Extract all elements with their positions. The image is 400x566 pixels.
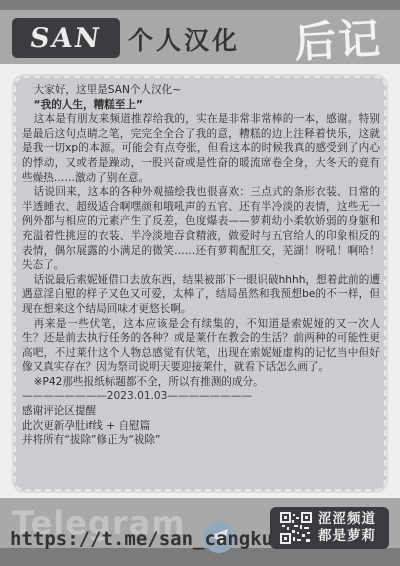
page-title: 后记	[292, 6, 383, 71]
date-divider: ————————2023.01.03————————	[22, 389, 380, 404]
quote-title: “我的人生，糟糕至上”	[22, 98, 380, 113]
qr-caption-line1: 涩涩频道	[318, 511, 376, 528]
paragraph: 再来是一些伏笔，这本应该是会有续集的，不知道是索妮娅的又一次人生？还是前去执行任…	[22, 317, 380, 375]
logo-text: SAN	[28, 23, 103, 54]
paragraph: 话说回来，这本的各种外观描绘我也很喜欢：三点式的条形衣装、日常的半透睡衣、超级适…	[22, 185, 380, 273]
paragraph: 这本是有朋友来频道推荐给我的，实在是非常非常棒的一本，感谢。特别是最后这句点睛之…	[22, 112, 380, 185]
qr-caption: 涩涩频道 都是萝莉	[318, 511, 376, 545]
channel-link[interactable]: https://t.me/san_cangku	[10, 528, 273, 550]
qr-badge[interactable]: 涩涩频道 都是萝莉	[270, 507, 389, 549]
update-line: 此次更新孕肚if线 + 自慰篇	[22, 419, 380, 434]
san-logo: SAN	[12, 18, 120, 58]
update-line: 并将所有“拔除”修正为“祓除”	[22, 433, 380, 448]
afterword-text: 大家好，这里是SAN个人汉化~ “我的人生，糟糕至上” 这本是有朋友来频道推荐给…	[22, 83, 380, 448]
afterword-panel: 大家好，这里是SAN个人汉化~ “我的人生，糟糕至上” 这本是有朋友来频道推荐给…	[14, 76, 386, 491]
qr-code-icon	[280, 512, 312, 544]
note: ※P42那些报纸标题都不全，所以有推测的成分。	[22, 375, 380, 390]
update-line: 感谢评论区提醒	[22, 404, 380, 419]
paragraph: 话说最后索妮娅借口去放东西，结果被部下一眼识破hhhh，想着此前的遭遇意淫自慰的…	[22, 273, 380, 317]
greeting: 大家好，这里是SAN个人汉化~	[22, 83, 380, 98]
group-name: 个人汉化	[128, 21, 240, 57]
qr-caption-line2: 都是萝莉	[318, 528, 376, 545]
footer-bottom-strip	[0, 548, 400, 566]
